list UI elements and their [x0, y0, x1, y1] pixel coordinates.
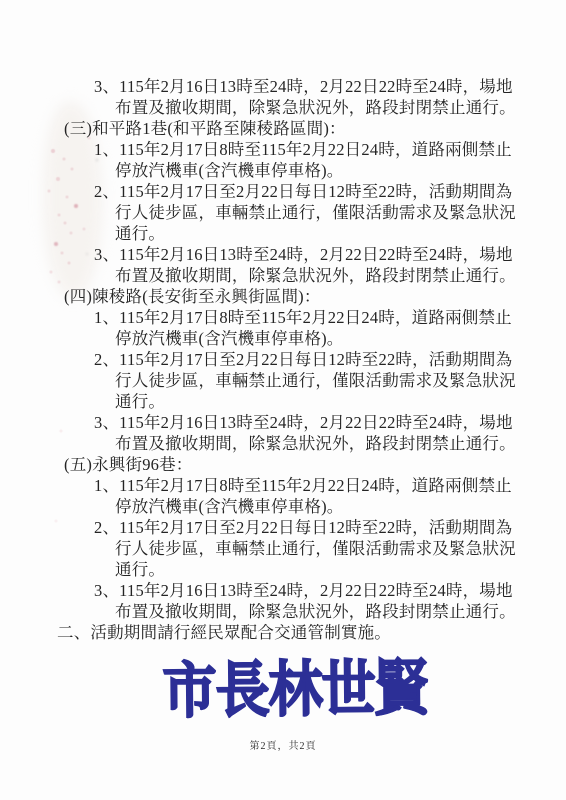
document-line: 行人徒步區，車輛禁止通行，僅限活動需求及緊急狀況 [115, 202, 566, 223]
document-line: (四)陳稜路(長安街至永興街區間)： [64, 286, 566, 307]
document-line: 通行。 [115, 559, 566, 580]
document-line: 停放汽機車(含汽機車停車格)。 [115, 160, 566, 181]
document-line: 布置及撤收期間，除緊急狀況外，路段封閉禁止通行。 [115, 265, 566, 286]
document-line: 停放汽機車(含汽機車停車格)。 [115, 496, 566, 517]
document-line: 停放汽機車(含汽機車停車格)。 [115, 328, 566, 349]
document-line: 2、115年2月17日至2月22日每日12時至22時，活動期間為 [94, 517, 566, 538]
document-line: 3、115年2月16日13時至24時，2月22日22時至24時，場地 [94, 244, 566, 265]
scan-noise-speckles [0, 0, 2, 2]
document-line: 布置及撤收期間，除緊急狀況外，路段封閉禁止通行。 [115, 601, 566, 622]
document-line: (三)和平路1巷(和平路至陳稜路區間)： [64, 118, 566, 139]
document-line: 通行。 [115, 391, 566, 412]
document-line: 1、115年2月17日8時至115年2月22日24時，道路兩側禁止 [94, 475, 566, 496]
document-line: 布置及撤收期間，除緊急狀況外，路段封閉禁止通行。 [115, 433, 566, 454]
document-line: (五)永興街96巷： [64, 454, 566, 475]
document-line: 3、115年2月16日13時至24時，2月22日22時至24時，場地 [94, 580, 566, 601]
document-line: 二、活動期間請行經民眾配合交通管制實施。 [57, 622, 566, 643]
document-line: 2、115年2月17日至2月22日每日12時至22時，活動期間為 [94, 181, 566, 202]
document-line: 通行。 [115, 223, 566, 244]
document-body: 3、115年2月16日13時至24時，2月22日22時至24時，場地 布置及撤收… [0, 76, 566, 643]
document-line: 1、115年2月17日8時至115年2月22日24時，道路兩側禁止 [94, 307, 566, 328]
document-line: 布置及撤收期間，除緊急狀況外，路段封閉禁止通行。 [115, 97, 566, 118]
scanned-document-page: 3、115年2月16日13時至24時，2月22日22時至24時，場地 布置及撤收… [0, 0, 566, 800]
document-line: 行人徒步區，車輛禁止通行，僅限活動需求及緊急狀況 [115, 538, 566, 559]
page-number: 第2頁，共2頁 [0, 737, 566, 752]
document-line: 3、115年2月16日13時至24時，2月22日22時至24時，場地 [94, 76, 566, 97]
document-line: 行人徒步區，車輛禁止通行，僅限活動需求及緊急狀況 [115, 370, 566, 391]
mayor-signature-stamp: 市長林世賢 [140, 641, 451, 739]
document-line: 1、115年2月17日8時至115年2月22日24時，道路兩側禁止 [94, 139, 566, 160]
document-line: 3、115年2月16日13時至24時，2月22日22時至24時，場地 [94, 412, 566, 433]
document-line: 2、115年2月17日至2月22日每日12時至22時，活動期間為 [94, 349, 566, 370]
